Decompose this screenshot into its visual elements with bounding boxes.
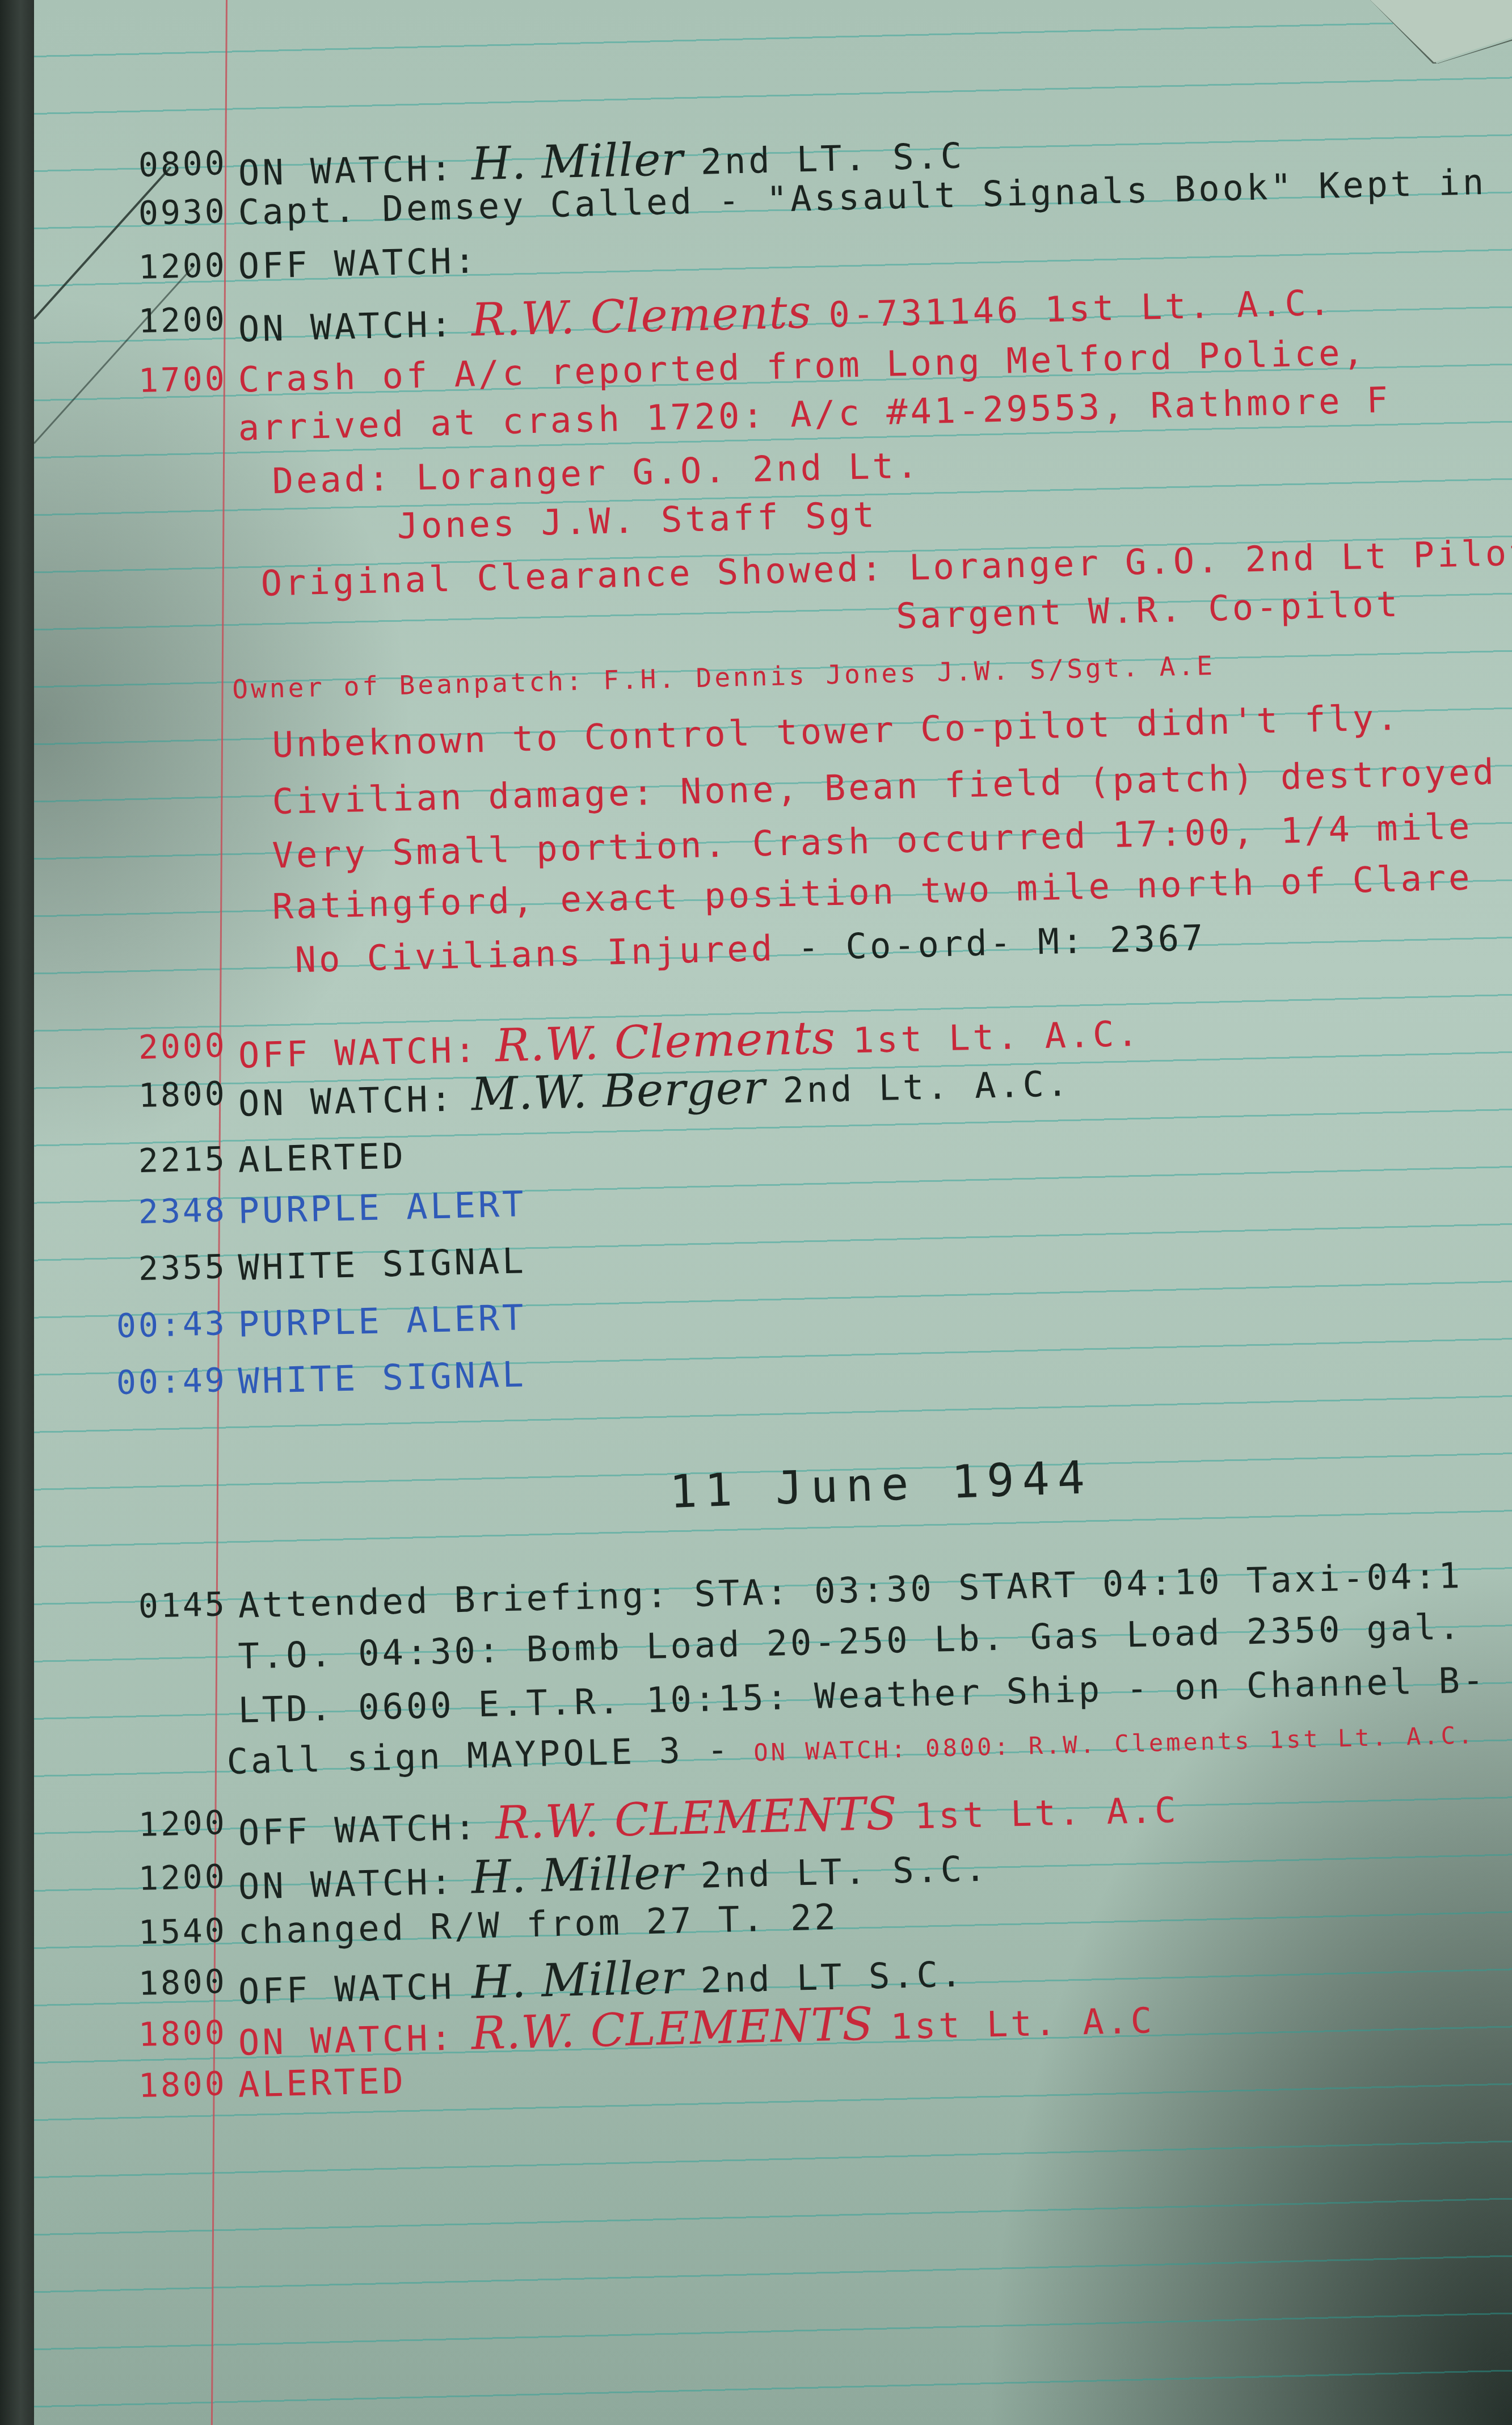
- entry-main-text: ALERTED: [238, 1135, 407, 1180]
- entry-main-text: OFF WATCH:: [238, 239, 479, 287]
- entry-main-text: ON WATCH:: [238, 303, 455, 350]
- entry-main-text: PURPLE ALERT: [238, 1183, 527, 1231]
- officer-signature: R.W. CLEMENTS: [495, 1787, 898, 1849]
- entry-main-text: WHITE SIGNAL: [238, 1240, 527, 1288]
- entry-text: OFF WATCH:: [238, 239, 479, 287]
- entry-time: 1800: [68, 1074, 228, 1117]
- entry-text: WHITE SIGNAL: [238, 1240, 527, 1288]
- entry-time: 0145: [68, 1585, 228, 1627]
- entry-text: PURPLE ALERT: [238, 1296, 527, 1345]
- entry-time: 00:43: [68, 1304, 228, 1346]
- officer-rank: 2nd Lt. A.C.: [782, 1063, 1071, 1111]
- entry-text: WHITE SIGNAL: [238, 1353, 527, 1401]
- entry-time: 2355: [68, 1247, 228, 1290]
- entry-time: 1700: [68, 359, 228, 402]
- notebook-spine: [0, 0, 34, 2425]
- entry-time: 1800: [68, 2013, 228, 2056]
- entry-time: 1200: [68, 246, 228, 288]
- officer-signature: H. Miller: [471, 1951, 684, 2009]
- entry-text: ALERTED: [238, 2060, 407, 2105]
- entry-time: 1200: [68, 1803, 228, 1846]
- entry-main-text: OFF WATCH: [238, 1965, 455, 2012]
- entry-main-text: ON WATCH:: [238, 2016, 455, 2063]
- entry-time: 1800: [68, 1962, 228, 2005]
- entry-time: 2000: [68, 1026, 228, 1068]
- entry-time: 2348: [68, 1190, 228, 1233]
- officer-rank: 2nd LT. S.C.: [700, 1847, 989, 1896]
- entry-time: 2215: [68, 1139, 228, 1182]
- entry-main-text: OFF WATCH:: [238, 1806, 479, 1853]
- entry-main-text: WHITE SIGNAL: [238, 1353, 527, 1401]
- entry-main-text: ALERTED: [238, 2060, 407, 2105]
- officer-rank: 1st Lt. A.C: [890, 1999, 1155, 2047]
- officer-signature: R.W. Clements: [471, 285, 812, 347]
- officer-rank: 2nd LT S.C.: [700, 1953, 965, 2001]
- entry-annotation: ON WATCH: 0800: R.W. Clements 1st Lt. A.…: [753, 1721, 1476, 1766]
- entry-time: 1200: [68, 1857, 228, 1900]
- entry-main-text: ON WATCH:: [238, 1860, 455, 1907]
- entry-main-text: PURPLE ALERT: [238, 1296, 527, 1345]
- entry-time: 1800: [68, 2064, 228, 2107]
- officer-signature: M.W. Berger: [471, 1061, 766, 1121]
- entry-time: 1540: [68, 1911, 228, 1954]
- officer-signature: H. Miller: [471, 1846, 684, 1904]
- entry-text: ALERTED: [238, 1135, 407, 1180]
- entry-time: 0930: [68, 192, 228, 234]
- entry-main-text: ON WATCH:: [238, 1077, 455, 1124]
- logbook-page: 0800ON WATCH:H. Miller2nd LT. S.C0930Cap…: [34, 0, 1512, 2425]
- entry-time: 1200: [68, 300, 228, 342]
- entry-text: PURPLE ALERT: [238, 1183, 527, 1231]
- entry-time: 0800: [68, 144, 228, 186]
- officer-rank: 1st Lt. A.C: [914, 1789, 1179, 1837]
- entry-time: 00:49: [68, 1361, 228, 1403]
